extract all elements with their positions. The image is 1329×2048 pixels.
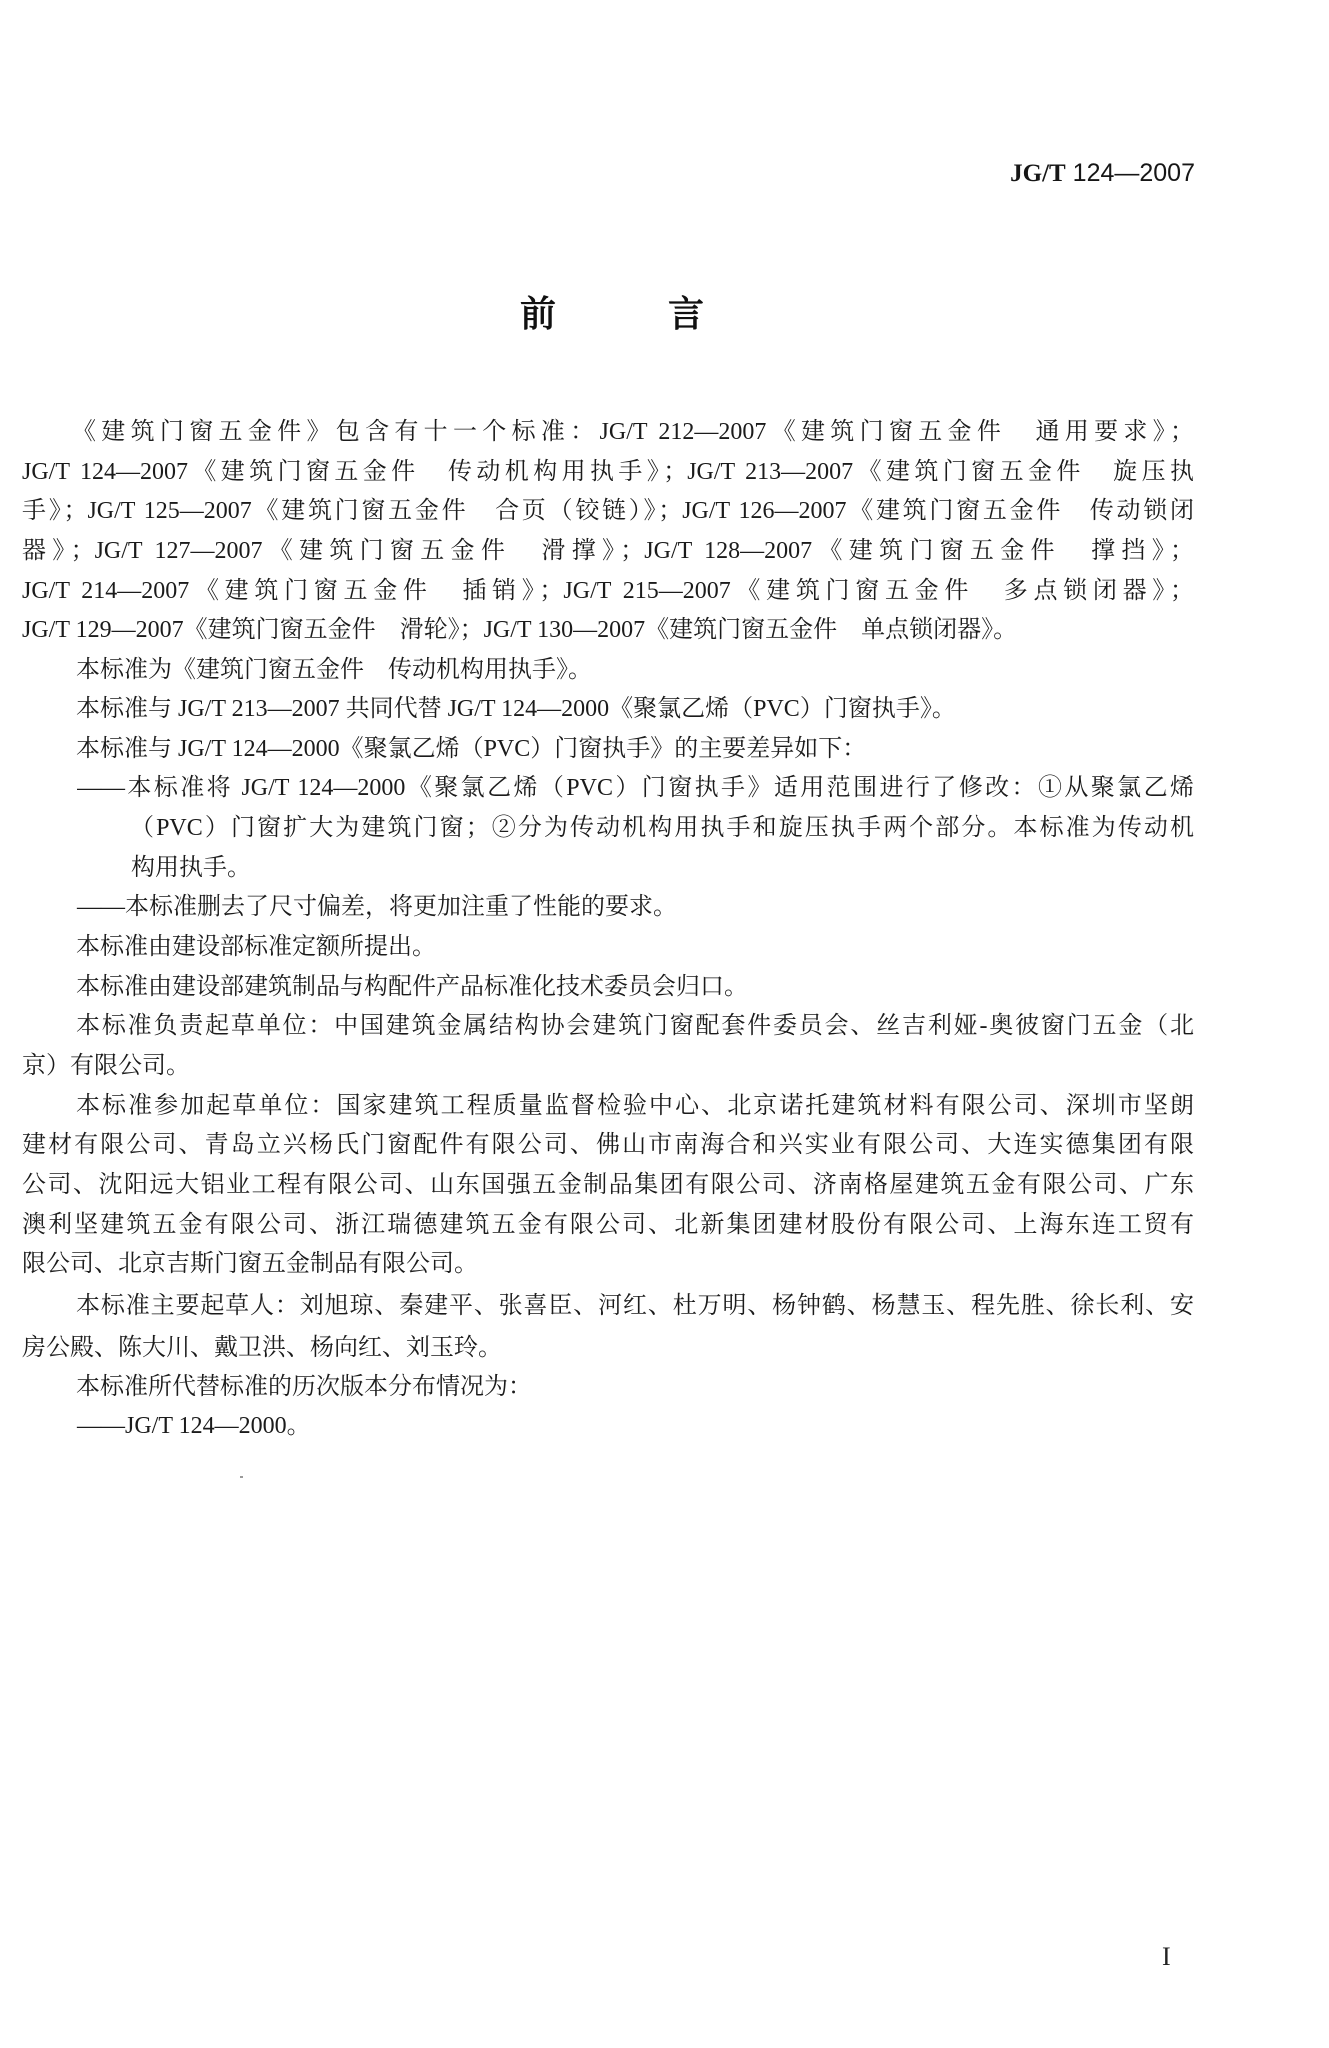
difference-1-line-2: （PVC）门窗扩大为建筑门窗；②分为传动机构用执手和旋压执手两个部分。本标准为传… bbox=[130, 808, 1194, 848]
page-number: I bbox=[1162, 1942, 1171, 1972]
paragraph-8-line-1: 本标准参加起草单位：国家建筑工程质量监督检验中心、北京诺托建筑材料有限公司、深圳… bbox=[76, 1086, 1194, 1126]
paragraph-3: 本标准与 JG/T 213—2007 共同代替 JG/T 124—2000《聚氯… bbox=[76, 689, 956, 729]
standard-code-header: JG/T 124—2007 bbox=[1010, 156, 1195, 190]
paragraph-1-line-5: JG/T 214—2007《建筑门窗五金件 插销》；JG/T 215—2007《… bbox=[22, 571, 1194, 611]
difference-1-line-1: ——本标准将 JG/T 124—2000《聚氯乙烯（PVC）门窗执手》适用范围进… bbox=[77, 768, 1194, 808]
paragraph-7-line-1: 本标准负责起草单位：中国建筑金属结构协会建筑门窗配套件委员会、丝吉利娅-奥彼窗门… bbox=[76, 1006, 1194, 1046]
title-char-2: 言 bbox=[668, 286, 704, 337]
scan-speck bbox=[240, 1476, 243, 1478]
difference-2: ——本标准删去了尺寸偏差，将更加注重了性能的要求。 bbox=[77, 887, 677, 927]
paragraph-10: 本标准所代替标准的历次版本分布情况为： bbox=[76, 1367, 532, 1407]
difference-1-line-3: 构用执手。 bbox=[131, 848, 251, 888]
paragraph-8-line-4: 澳利坚建筑五金有限公司、浙江瑞德建筑五金有限公司、北新集团建材股份有限公司、上海… bbox=[22, 1205, 1194, 1245]
paragraph-8-line-5: 限公司、北京吉斯门窗五金制品有限公司。 bbox=[22, 1244, 478, 1284]
paragraph-9-line-2: 房公殿、陈大川、戴卫洪、杨向红、刘玉玲。 bbox=[22, 1328, 502, 1368]
paragraph-1-line-3: 手》；JG/T 125—2007《建筑门窗五金件 合页（铰链）》；JG/T 12… bbox=[22, 491, 1194, 531]
title-char-1: 前 bbox=[520, 286, 556, 337]
paragraph-4: 本标准与 JG/T 124—2000《聚氯乙烯（PVC）门窗执手》的主要差异如下… bbox=[76, 729, 866, 769]
paragraph-8-line-2: 建材有限公司、青岛立兴杨氏门窗配件有限公司、佛山市南海合和兴实业有限公司、大连实… bbox=[22, 1125, 1194, 1165]
history-item-1: ——JG/T 124—2000。 bbox=[77, 1406, 311, 1446]
document-page: JG/T 124—2007 前 言 《建筑门窗五金件》包含有十一个标准：JG/T… bbox=[0, 0, 1329, 2048]
paragraph-9-line-1: 本标准主要起草人：刘旭琼、秦建平、张喜臣、河红、杜万明、杨钟鹤、杨慧玉、程先胜、… bbox=[76, 1286, 1194, 1326]
paragraph-5: 本标准由建设部标准定额所提出。 bbox=[76, 927, 436, 967]
paragraph-7-line-2: 京）有限公司。 bbox=[22, 1046, 190, 1086]
paragraph-1-line-1: 《建筑门窗五金件》包含有十一个标准：JG/T 212—2007《建筑门窗五金件 … bbox=[72, 412, 1194, 452]
paragraph-1-line-6: JG/T 129—2007《建筑门窗五金件 滑轮》；JG/T 130—2007《… bbox=[22, 610, 1017, 650]
standard-code-number: 124—2007 bbox=[1066, 159, 1195, 187]
paragraph-8-line-3: 公司、沈阳远大铝业工程有限公司、山东国强五金制品集团有限公司、济南格屋建筑五金有… bbox=[22, 1165, 1194, 1205]
standard-code-prefix: JG/T bbox=[1010, 160, 1066, 187]
paragraph-6: 本标准由建设部建筑制品与构配件产品标准化技术委员会归口。 bbox=[76, 967, 748, 1007]
paragraph-2: 本标准为《建筑门窗五金件 传动机构用执手》。 bbox=[76, 650, 592, 690]
paragraph-1-line-2: JG/T 124—2007《建筑门窗五金件 传动机构用执手》；JG/T 213—… bbox=[22, 452, 1194, 492]
page-title: 前 言 bbox=[520, 288, 704, 334]
paragraph-1-line-4: 器》；JG/T 127—2007《建筑门窗五金件 滑撑》；JG/T 128—20… bbox=[22, 531, 1194, 571]
